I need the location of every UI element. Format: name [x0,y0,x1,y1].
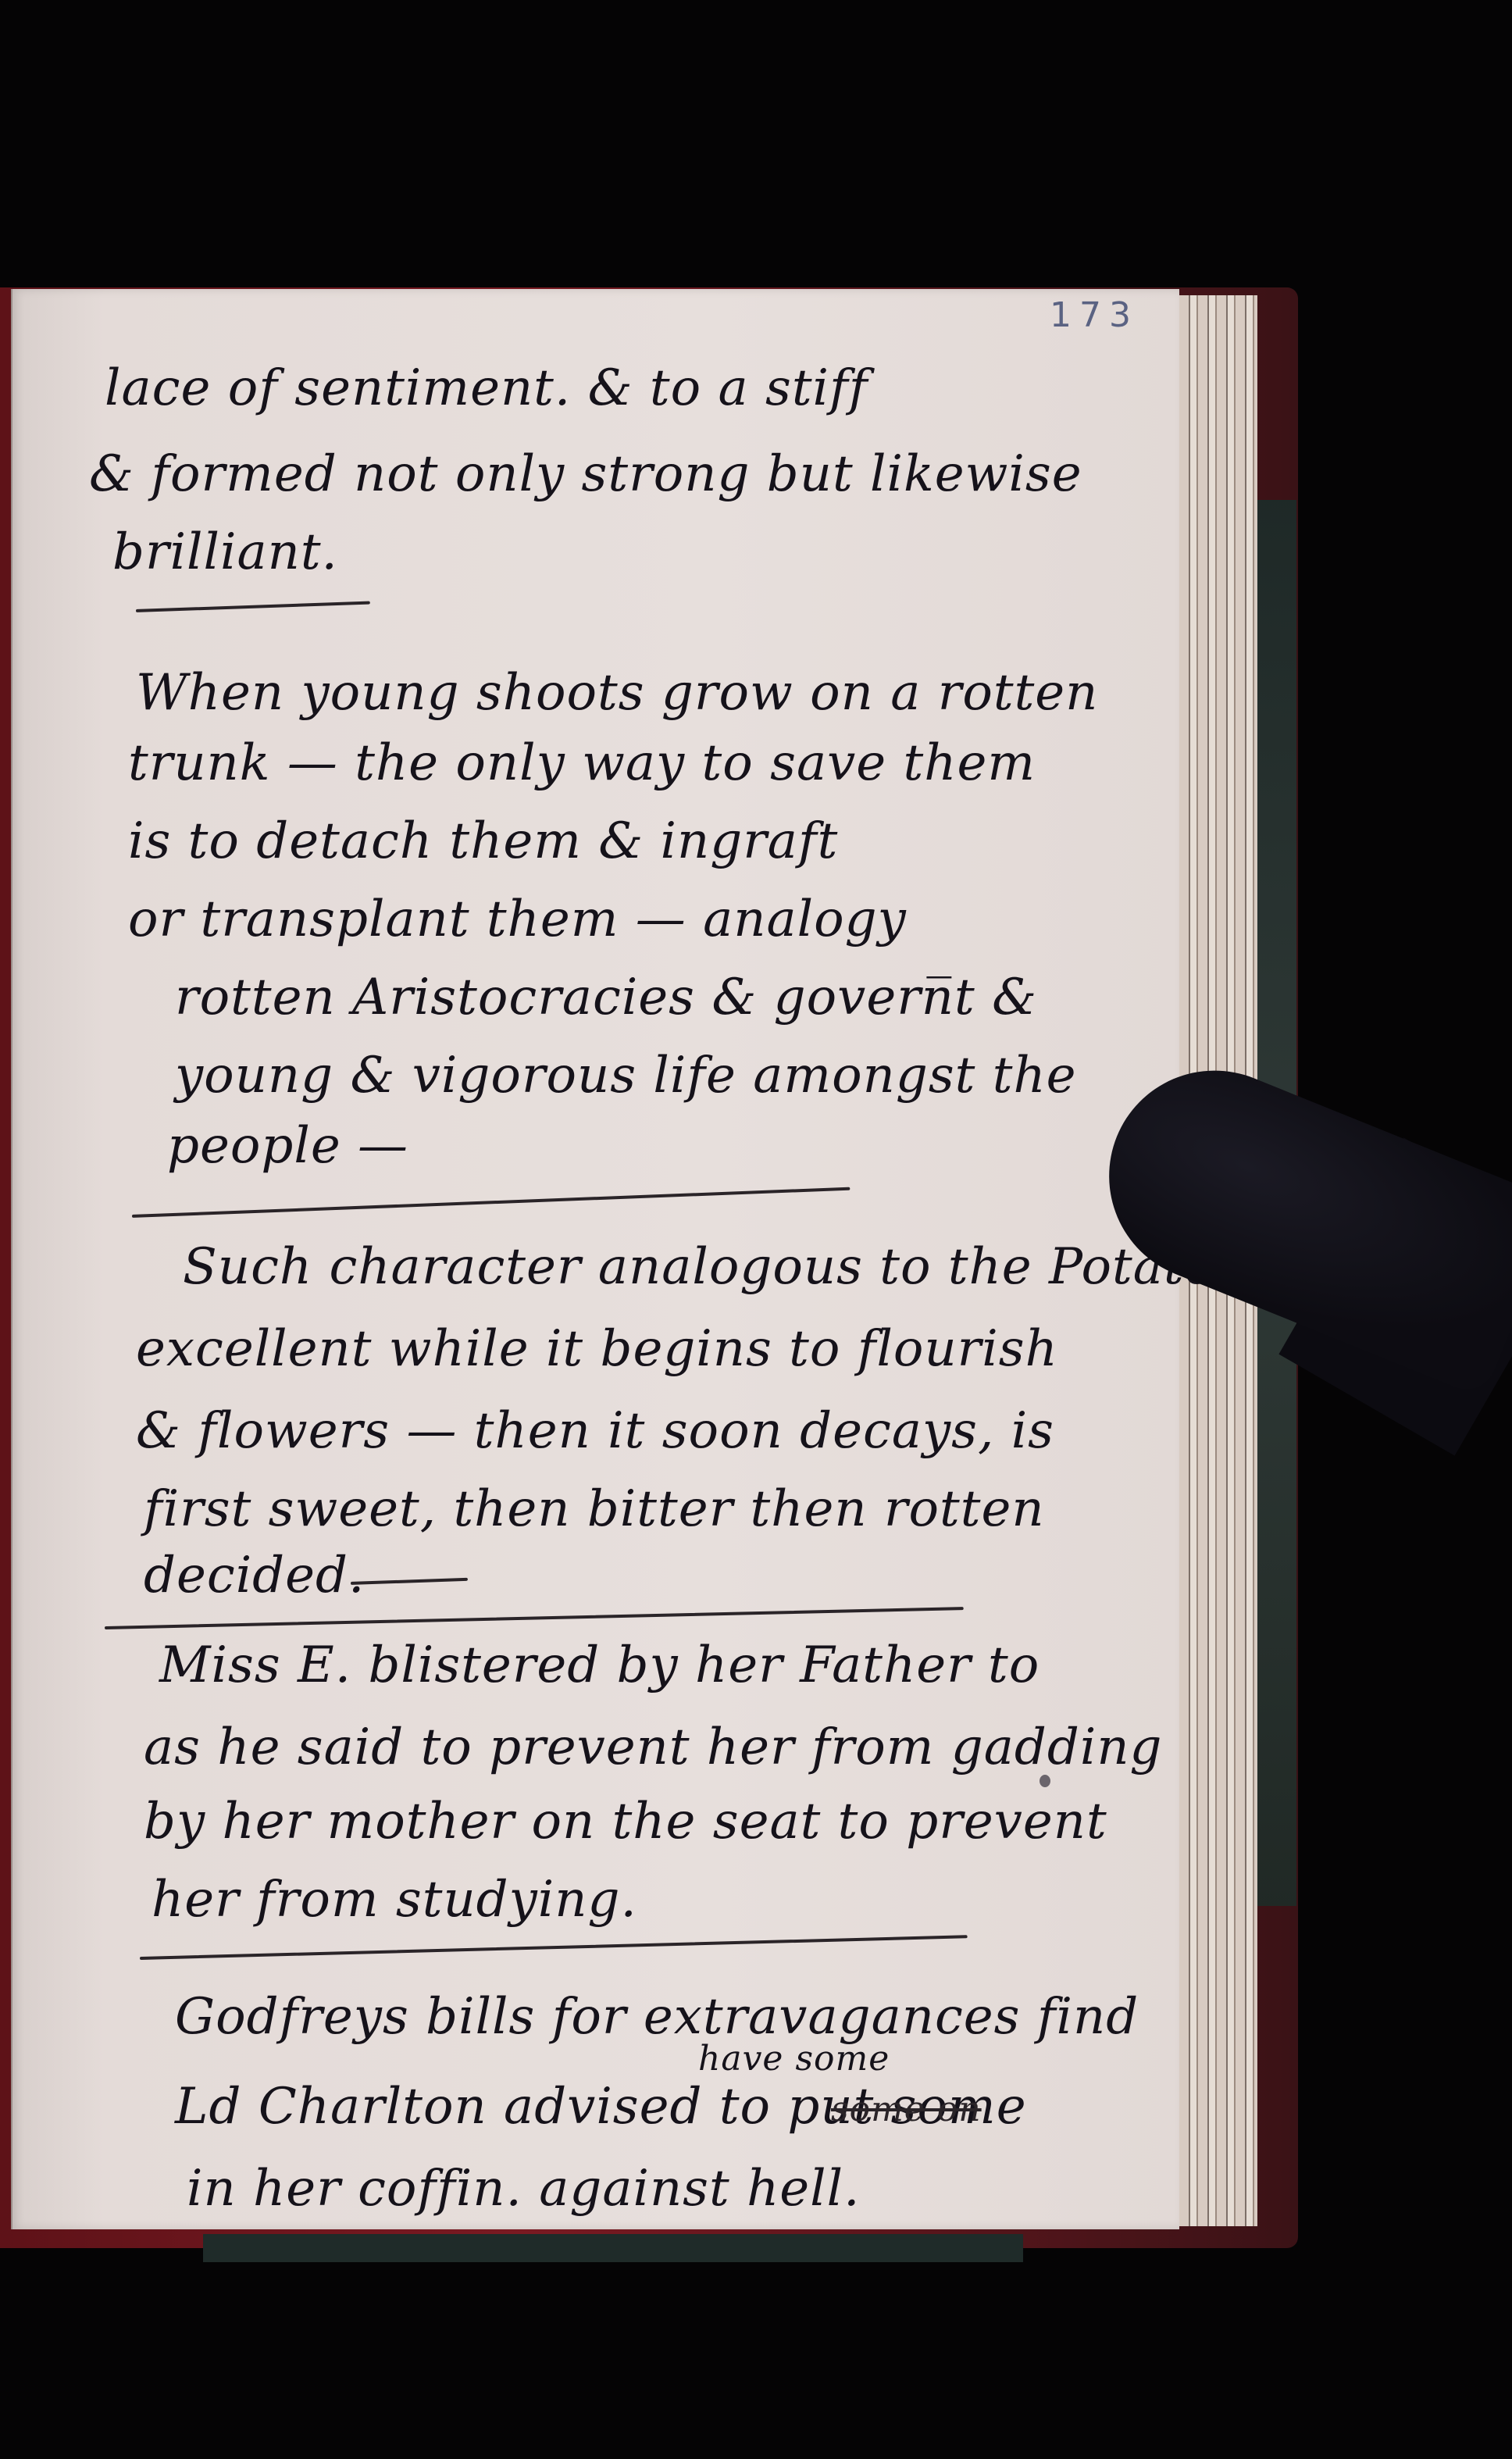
text-line: by her mother on the seat to prevent [144,1793,1107,1850]
text-line: people — [167,1117,408,1175]
text-line: as he said to prevent her from gadding [144,1718,1163,1776]
text-line: is to detach them & ingraft [128,812,838,870]
text-line: rotten Aristocracies & govern̅t & [175,969,1037,1026]
text-line: & formed not only strong but likewise [89,445,1082,503]
text-line: Miss E. blistered by her Father to [159,1636,1039,1694]
section-divider [136,601,370,612]
section-divider [140,1935,968,1960]
text-line: first sweet, then bitter then rotten [144,1480,1045,1538]
ink-spot [1039,1775,1050,1787]
text-line: her from studying. [152,1871,637,1929]
section-divider-short [351,1578,468,1585]
text-line: & flowers — then it soon decays, is [136,1402,1054,1460]
text-line: or transplant them — analogy [128,890,907,948]
notebook-page: 173 lace of sentiment. & to a stiff & fo… [11,289,1179,2229]
cover-worn-patch-bottom [203,2234,1023,2262]
text-line: brilliant. [112,523,338,581]
page-gutter [11,289,12,2229]
text-line: decided. [144,1547,365,1604]
struck-text: some on [831,2090,982,2129]
interlinear-insertion: have some [698,2039,890,2079]
text-line: young & vigorous life amongst the [175,1047,1077,1105]
text-line: Godfreys bills for extravagances find [175,1988,1139,2046]
folio-number: 173 [1050,295,1139,335]
text-line: When young shoots grow on a rotten [136,664,1098,722]
text-line: Such character analogous to the Potatoe [183,1238,1246,1296]
text-line: excellent while it begins to flourish [136,1320,1058,1378]
text-line: in her coffin. against hell. [187,2160,860,2218]
text-line: lace of sentiment. & to a stiff [105,359,868,417]
section-divider [105,1607,964,1629]
text-line: trunk — the only way to save them [128,734,1036,792]
section-divider [132,1187,850,1218]
